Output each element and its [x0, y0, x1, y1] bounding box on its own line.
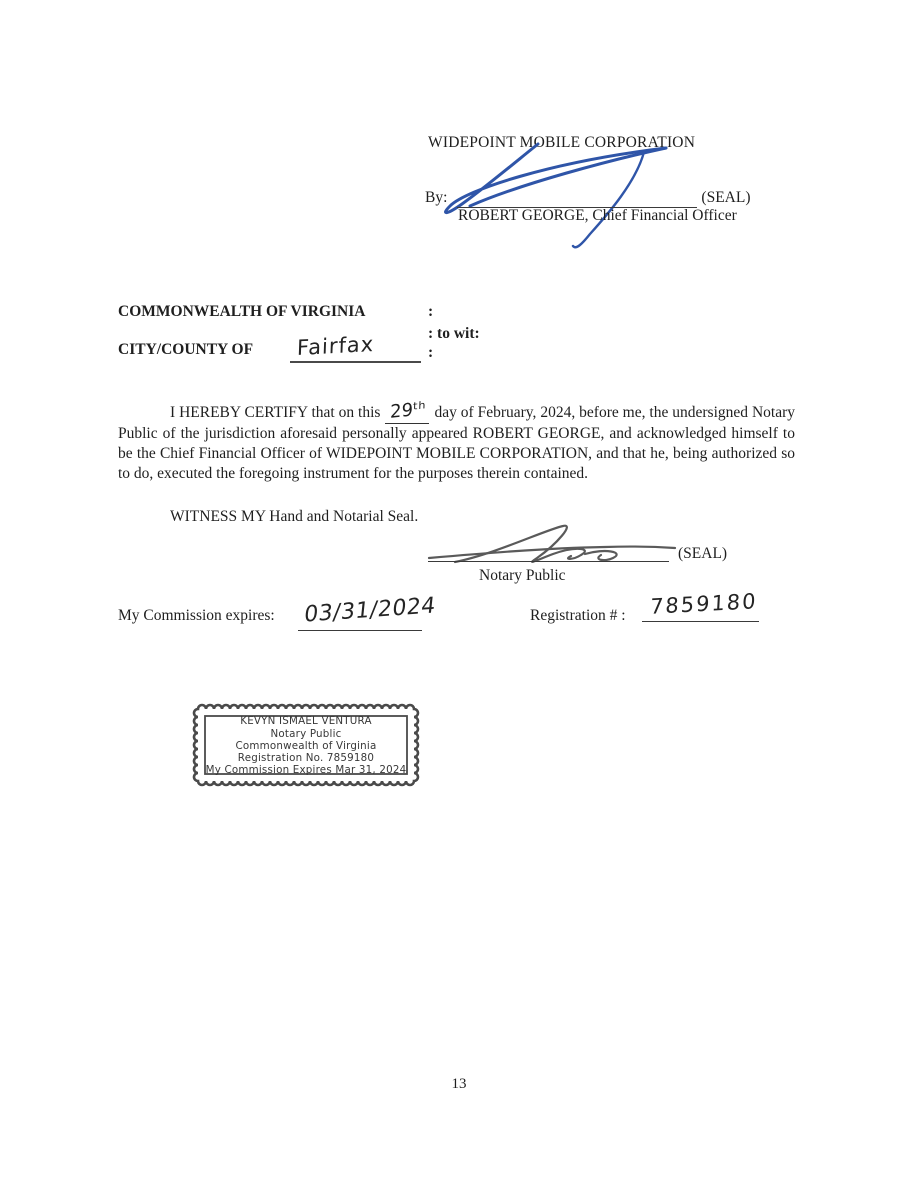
commission-expires-label: My Commission expires:	[118, 606, 275, 626]
jurisdiction-colon-1: :	[428, 303, 433, 321]
seal-label-bottom: (SEAL)	[678, 544, 727, 564]
by-row: By: (SEAL)	[425, 188, 750, 208]
city-county-underline	[290, 361, 421, 363]
registration-underline	[642, 621, 759, 622]
page-number: 13	[0, 1074, 918, 1094]
state-line: COMMONWEALTH OF VIRGINIA	[118, 302, 365, 322]
jurisdiction-colon-2: :	[428, 344, 433, 362]
stamp-notary-title: Notary Public	[270, 728, 341, 740]
commission-date-underline	[298, 630, 422, 631]
registration-handwritten: 7859180	[649, 589, 758, 619]
notary-stamp: KEVYN ISMAEL VENTURA Notary Public Commo…	[192, 702, 420, 788]
notary-signature	[425, 518, 681, 570]
witness-line: WITNESS MY Hand and Notarial Seal.	[170, 507, 418, 527]
stamp-text-block: KEVYN ISMAEL VENTURA Notary Public Commo…	[206, 715, 406, 777]
registration-label: Registration # :	[530, 606, 626, 626]
day-handwritten-value: 29ᵗʰ	[389, 399, 425, 423]
seal-label-top: (SEAL)	[701, 188, 750, 208]
day-blank-line: 29ᵗʰ	[385, 402, 429, 424]
stamp-expiration: My Commission Expires Mar 31, 2024	[206, 764, 407, 776]
to-wit-label: : to wit:	[428, 324, 480, 344]
document-page: WIDEPOINT MOBILE CORPORATION By: (SEAL) …	[0, 0, 918, 1188]
certification-paragraph: I HEREBY CERTIFY that on this29ᵗʰday of …	[118, 402, 795, 485]
city-county-handwritten-value: Fairfax	[297, 332, 375, 360]
city-county-label: CITY/COUNTY OF	[118, 340, 253, 360]
by-label: By:	[425, 188, 447, 208]
stamp-registration: Registration No. 7859180	[238, 752, 374, 764]
notary-public-title: Notary Public	[479, 566, 566, 586]
notary-signature-line	[428, 561, 669, 562]
stamp-notary-name: KEVYN ISMAEL VENTURA	[240, 715, 371, 727]
commission-date-handwritten: 03/31/2024	[303, 593, 437, 627]
stamp-jurisdiction: Commonwealth of Virginia	[236, 740, 377, 752]
certification-lead-in: I HEREBY CERTIFY that on this	[170, 404, 380, 421]
signer-name-title: ROBERT GEORGE, Chief Financial Officer	[458, 206, 737, 226]
